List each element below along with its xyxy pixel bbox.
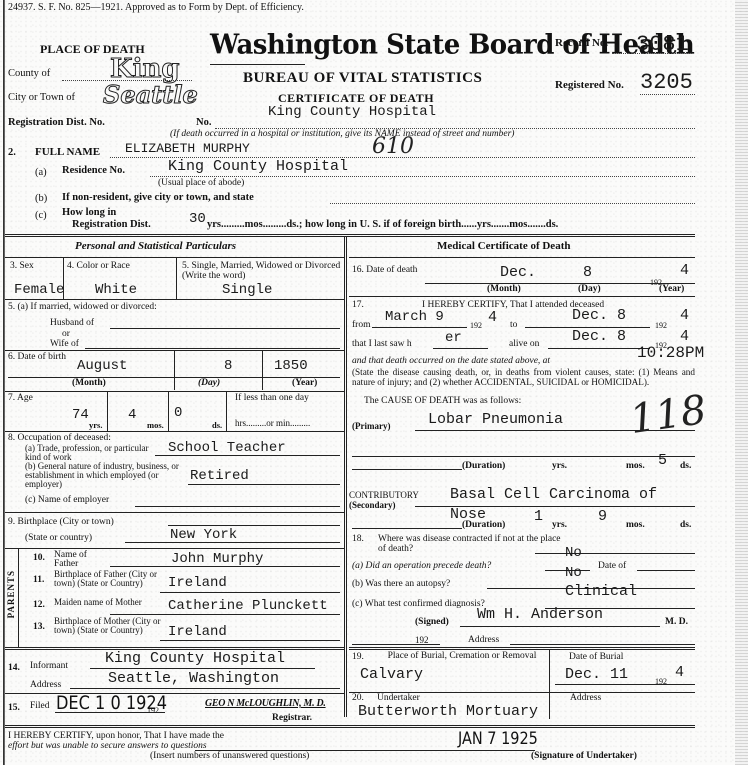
year-caption: (Year) [659,284,684,294]
burial-number: 19. [352,652,364,662]
burial-value: Calvary [360,666,423,683]
mos-caption: mos. [626,520,645,530]
bureau-title: BUREAU OF VITAL STATISTICS [243,70,482,87]
occupation-b-value: Retired [190,468,249,484]
undertaker-label: Undertaker [377,693,420,703]
residence-label: Residence No. [62,165,125,176]
rule [637,570,695,571]
rule [155,455,340,456]
hrs-min: hrs.........or min......... [235,418,310,428]
occupation-c-label: (c) Name of employer [25,495,109,505]
operation-value: No [565,565,582,581]
contracted-label: Where was disease contracted if not at t… [378,534,563,554]
residence-a: (a) [35,167,47,178]
from-year: 4 [488,309,497,326]
less-than-day: If less than one day [235,393,309,403]
undertaker-value: Butterworth Mortuary [358,703,538,720]
handwritten-code: 610 [372,134,414,159]
rule [349,296,695,297]
instructions: (State the disease causing death, or, in… [352,367,695,387]
wife-line [85,348,340,349]
burial-date-value: Dec. 11 [565,666,628,683]
rule [18,548,19,648]
parents-label: PARENTS [6,570,16,618]
age-yrs: 74 [72,407,89,423]
mother-number: 12. [33,600,45,610]
column-divider [344,237,347,717]
abode-note: (Usual place of abode) [158,178,244,188]
yrs-caption: yrs. [552,461,567,471]
primary-cause-value: Lobar Pneumonia [428,411,563,428]
birthplace-label: 9. Birthplace (City or town) [8,517,114,527]
filed-number: 15. [8,703,20,713]
father-label: Name of Father [54,551,109,569]
dod-day: 8 [583,264,592,281]
mother-label: Maiden name of Mother [54,598,149,607]
rule [168,525,340,526]
rule [549,649,550,719]
burial-year-prefix: 192 [655,677,667,686]
rule [5,431,344,432]
rule [372,327,467,328]
full-name-number: 2. [8,147,16,158]
ds-caption: ds. [212,420,222,430]
husband-label: Husband of [50,318,94,328]
rule [535,553,695,554]
place-value: King County Hospital [268,104,436,120]
mother-bp-number: 13. [33,622,45,632]
full-name-value: ELIZABETH MURPHY [125,141,250,156]
no-label: No. [196,117,211,128]
father-value: John Murphy [171,551,263,567]
contributory-value: Basal Cell Carcinoma of [450,486,657,503]
secondary-label: (Secondary) [349,500,396,510]
occurred-text: and that death occurred on the date stat… [352,356,550,366]
record-value: 3081 [636,32,689,57]
rule [176,257,177,299]
left-border [3,0,5,765]
test-label: (c) What test confirmed diagnosis? [352,599,485,609]
residence-line [150,176,695,177]
address-label: Address [30,680,61,690]
rule [5,391,344,392]
cause-header: The CAUSE OF DEATH was as follows: [364,396,521,406]
rule [110,566,340,567]
board-title: Washington State Board of Health [210,29,694,61]
rule [160,640,340,641]
dob-day: 8 [224,358,232,374]
rule [5,299,344,300]
year-prefix: 192 [470,321,482,330]
rule [135,506,340,507]
alive-on-value: Dec. 8 [572,328,626,345]
sex-label: 3. Sex [10,261,34,271]
dob-label: 6. Date of birth [8,352,66,362]
howlong-c: (c) [35,210,47,221]
rule [125,542,340,543]
right-edge [735,0,748,765]
signed-label: (Signed) [415,617,449,627]
residence-value: King County Hospital [168,158,348,175]
section-divider [5,234,695,237]
autopsy-label: (b) Was there an autopsy? [352,579,450,589]
yrs-caption: yrs. [89,420,102,430]
address-value: Seattle, Washington [108,670,279,687]
rule [226,391,227,431]
sign-address-label: Address [468,635,499,645]
alive-on-label: alive on [509,339,539,349]
rule [70,688,340,689]
primary-duration-ds: 5 [658,452,667,469]
death-certificate: 24937. S. F. No. 825—1921. Approved as t… [0,0,748,765]
primary-label: (Primary) [352,421,390,431]
rule [510,644,695,645]
burial-date-label: Date of Burial [569,652,623,662]
rule [548,348,650,349]
rule [55,712,165,713]
occupation-a-value: School Teacher [168,440,286,456]
howlong-yrs-value: 30 [189,211,206,227]
city-value: Seattle [103,80,198,109]
rule [5,548,344,549]
duration-label: (Duration) [462,520,505,530]
rule [555,684,695,685]
rule [110,614,340,615]
undertaker-address-label: Address [570,693,601,703]
ds-caption: ds. [680,520,691,530]
rule [168,391,169,431]
birthplace-state-label: (State or country) [25,533,92,543]
rule [160,592,340,593]
rule [349,257,695,258]
md-label: M. D. [665,617,688,627]
father-bp-number: 11. [33,575,44,585]
rule [5,725,695,728]
howlong-label1: How long in [62,207,116,218]
or-label: or [62,329,70,339]
rule [5,512,344,513]
date-of-label: Date of [598,561,626,571]
last-saw-value: er [445,330,462,346]
handwritten-cause-code: 118 [627,387,709,443]
filed-label: Filed [30,701,50,711]
wife-label: Wife of [50,339,79,349]
dob-year: 1850 [274,358,308,374]
rule [425,283,695,284]
filed-192: 192 [147,706,159,715]
contributory-label: CONTRIBUTORY [349,490,419,500]
form-note: 24937. S. F. No. 825—1921. Approved as t… [8,2,304,13]
contributory-mos: 9 [598,508,607,525]
to-value: Dec. 8 [572,307,626,324]
age-ds: 0 [174,405,182,421]
burial-label: Place of Burial, Cremation or Removal [377,652,547,661]
contracted-value: No [565,545,582,561]
rule [5,257,344,258]
reg-dist-label: Registration Dist. No. [8,117,105,128]
medical-section-title: Medical Certificate of Death [437,240,570,252]
record-label: Record No. [555,37,608,49]
mother-value: Catherine Plunckett [168,598,344,614]
age-label: 7. Age [8,393,33,403]
dod-year: 4 [680,262,689,279]
certify-number: 17. [352,300,364,310]
to-label: to [510,320,517,330]
birthplace-value: New York [170,527,237,543]
insert-note: (Insert numbers of unanswered questions) [150,751,309,761]
rule [352,469,462,470]
rule [262,350,263,390]
city-label: City or Town of [8,92,75,103]
informant-number: 14. [8,663,20,673]
rule [188,484,340,485]
occupation-a-label: (a) Trade, profession, or particular kin… [25,444,160,462]
ds-caption: ds. [680,461,691,471]
month-caption: (Month) [72,378,106,388]
yrs-caption: yrs. [552,520,567,530]
signed-value: Wm H. Anderson [477,606,603,623]
footer-certify-line2: effort but was unable to secure answers … [8,741,207,751]
month-caption: (Month) [487,284,521,294]
day-caption: (Day) [578,284,601,294]
footer-certify-line1: I HEREBY CERTIFY, upon honor, That I hav… [8,731,224,741]
howlong-label2: Registration Dist. [72,219,151,230]
if-married-label: 5. (a) If married, widowed or divorced: [8,302,157,312]
rule [460,626,660,627]
hospital-note: (If death occurred in a hospital or inst… [170,129,514,139]
occupation-b-label: (b) General nature of industry, business… [25,462,190,489]
occupation-label: 8. Occupation of deceased: [8,433,111,443]
autopsy-value: Clinical [565,583,637,600]
marital-label: 5. Single, Married, Widowed or Divorced … [182,261,342,281]
from-label: from [352,320,370,330]
mother-bp-value: Ireland [168,624,227,640]
registrar-label: Registrar. [272,713,312,723]
mos-caption: mos. [147,420,164,430]
year-caption: (Year) [292,378,317,388]
title-rule [210,64,305,65]
full-name-label: FULL NAME [35,146,100,158]
to-year: 4 [680,307,689,324]
marital-value: Single [222,282,272,298]
rule [174,350,175,390]
informant-value: King County Hospital [105,650,285,667]
dod-label: 16. Date of death [352,265,417,275]
age-mos: 4 [128,407,136,423]
rule [433,348,488,349]
race-label: 4. Color or Race [67,261,130,271]
husband-line [110,328,340,329]
rule [107,391,108,431]
contracted-number: 18. [352,534,364,544]
contributory-yrs: 1 [534,508,543,525]
nonresident-label: If non-resident, give city or town, and … [62,192,254,203]
personal-section-title: Personal and Statistical Particulars [75,240,236,252]
signature-label: (Signature of Undertaker) [531,751,637,761]
mother-bp-label: Birthplace of Mother (City or town) (Sta… [54,617,169,635]
rule [8,377,340,378]
year-prefix: 192 [655,321,667,330]
sex-value: Female [14,282,64,298]
day-caption: (Day) [198,378,220,388]
time-of-death: 10:28PM [637,344,704,362]
mos-caption: mos. [626,461,645,471]
registered-label: Registered No. [555,79,624,91]
registrar-value: GEO N McLOUGHLIN, M. D. [205,697,326,709]
duration-label: (Duration) [462,461,505,471]
operation-label: (a) Did an operation precede death? [352,561,491,571]
registered-value: 3205 [640,70,693,95]
rule [90,668,315,669]
sign-year: 192 [415,635,429,645]
burial-year: 4 [675,664,684,681]
from-value: March 9 [385,309,444,325]
dod-month: Dec. [500,264,536,281]
howlong-rest: yrs.........mos.........ds.; how long in… [207,219,558,230]
rule [352,528,462,529]
last-saw-label: that I last saw h [352,339,412,349]
alive-year: 4 [680,328,689,345]
dob-month: August [77,358,127,374]
county-label: County of [8,68,50,79]
father-number: 10. [33,553,45,563]
nonres-b: (b) [35,193,47,204]
race-value: White [95,282,137,298]
informant-label: Informant [30,661,68,671]
father-bp-label: Birthplace of Father (City or town) (Sta… [54,570,169,588]
father-bp-value: Ireland [168,575,227,591]
rule [349,647,695,650]
undertaker-stamp-date: JAN 7 1925 [458,729,538,749]
undertaker-number: 20. [352,693,364,703]
rule [352,456,695,457]
nonresident-line [330,203,695,204]
